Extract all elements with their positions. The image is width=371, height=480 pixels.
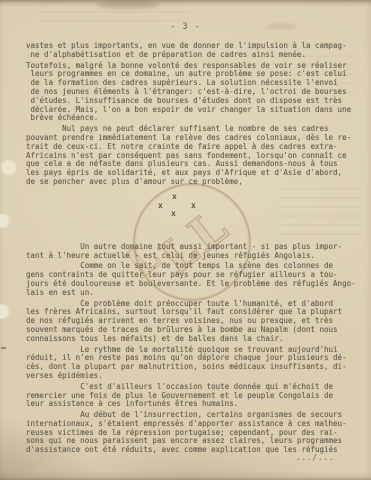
paragraph: Au début de l'insurrection, certains org… xyxy=(26,411,362,455)
paragraph: Un autre domaine tout aussi important - … xyxy=(26,243,362,261)
paper-spot xyxy=(2,161,15,174)
paragraph: Toutefois, malgré la bonne volonté des r… xyxy=(26,62,362,124)
stamp-gap xyxy=(26,189,362,243)
pencil-smudge xyxy=(96,1,160,9)
paragraph: Comme on le sait, de tout temps la scène… xyxy=(26,262,362,297)
typed-x-mark: x xyxy=(158,201,163,210)
typed-x-mark: x xyxy=(172,192,177,201)
document-body: vastes et plus importants, en vue de don… xyxy=(26,42,362,457)
paragraph: Nul pays ne peut déclarer suffisant le n… xyxy=(26,125,362,187)
typed-x-mark: x xyxy=(191,201,196,210)
typed-x-mark: x xyxy=(171,209,176,218)
page-number: - 3 - xyxy=(0,22,371,32)
paragraph: Le rythme de la mortalité quoique se tro… xyxy=(26,346,362,381)
margin-tick xyxy=(1,347,6,349)
scanned-document-page: { "page": { "number_label": "- 3 -", "co… xyxy=(0,0,371,480)
paragraph: Ce problème doit préoccuper toute l'huma… xyxy=(26,300,362,344)
paragraph: C'est d'ailleurs l'occasion toute donnée… xyxy=(26,383,362,409)
paragraph: vastes et plus importants, en vue de don… xyxy=(26,42,362,60)
continuation-mark: .../... xyxy=(296,453,335,462)
